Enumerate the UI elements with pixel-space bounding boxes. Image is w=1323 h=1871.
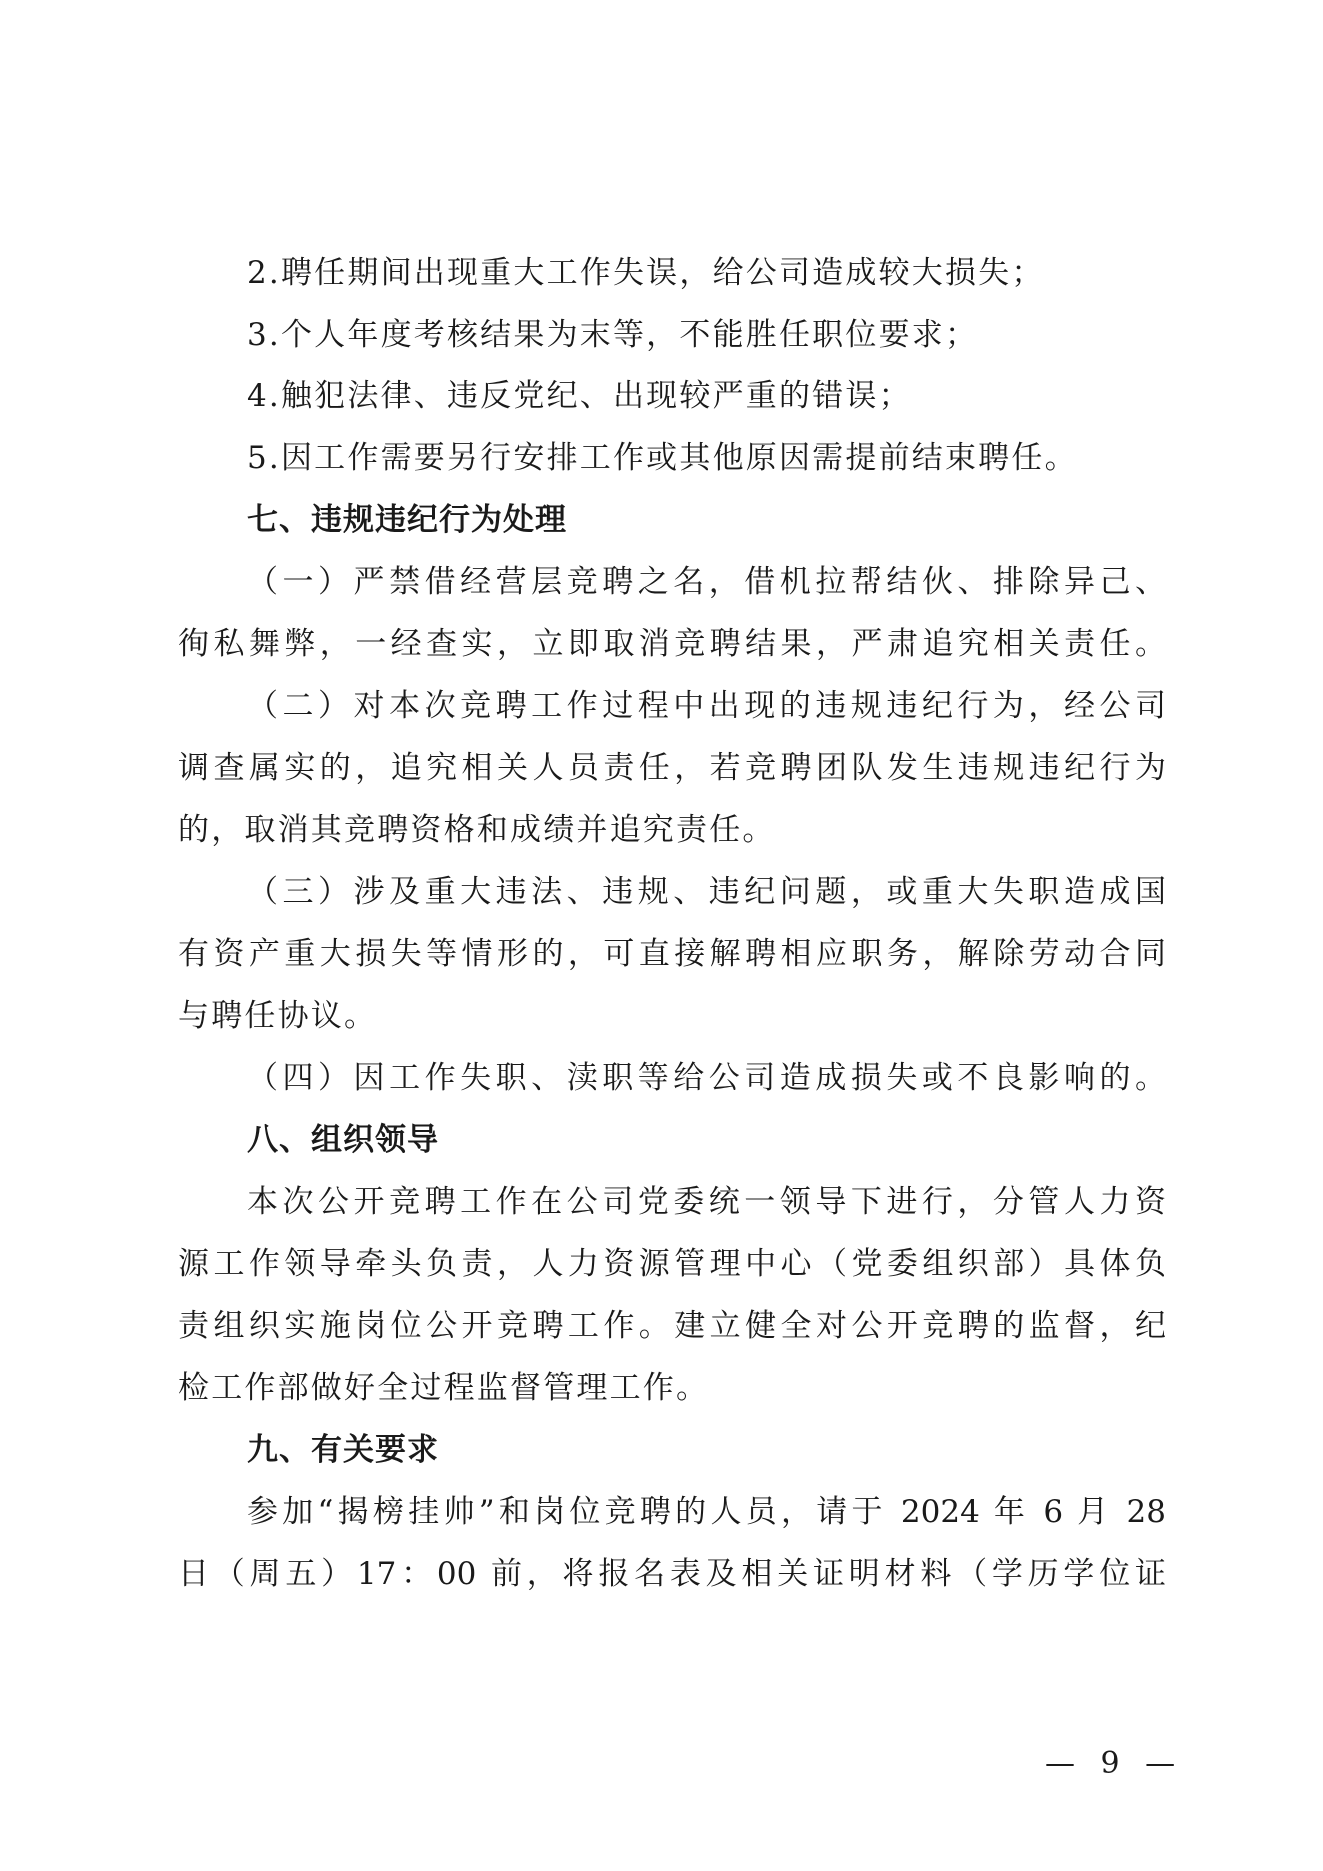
paragraph-line: （四）因工作失职、渎职等给公司造成损失或不良影响的。 bbox=[247, 1058, 1166, 1098]
section-heading: 八、组织领导 bbox=[247, 1120, 1166, 1160]
paragraph-line: 调查属实的，追究相关人员责任，若竞聘团队发生违规违纪行为 bbox=[178, 748, 1166, 788]
paragraph-line: 2.聘任期间出现重大工作失误，给公司造成较大损失； bbox=[247, 253, 1166, 293]
paragraph-line: （三）涉及重大违法、违规、违纪问题，或重大失职造成国 bbox=[247, 872, 1166, 912]
paragraph-line: 与聘任协议。 bbox=[178, 996, 1166, 1036]
page-number: — 9 — bbox=[1045, 1746, 1183, 1781]
section-heading: 九、有关要求 bbox=[247, 1430, 1166, 1470]
document-page: 2.聘任期间出现重大工作失误，给公司造成较大损失；3.个人年度考核结果为末等，不… bbox=[0, 0, 1323, 1871]
paragraph-line: （二）对本次竞聘工作过程中出现的违规违纪行为，经公司 bbox=[247, 686, 1166, 726]
paragraph-line: （一）严禁借经营层竞聘之名，借机拉帮结伙、排除异己、 bbox=[247, 562, 1166, 602]
paragraph-line: 3.个人年度考核结果为末等，不能胜任职位要求； bbox=[247, 315, 1166, 355]
paragraph-line: 的，取消其竞聘资格和成绩并追究责任。 bbox=[178, 810, 1166, 850]
paragraph-line: 有资产重大损失等情形的，可直接解聘相应职务，解除劳动合同 bbox=[178, 934, 1166, 974]
paragraph-line: 日（周五）17：00 前，将报名表及相关证明材料（学历学位证 bbox=[178, 1554, 1166, 1594]
paragraph-line: 责组织实施岗位公开竞聘工作。建立健全对公开竞聘的监督，纪 bbox=[178, 1306, 1166, 1346]
paragraph-line: 源工作领导牵头负责，人力资源管理中心（党委组织部）具体负 bbox=[178, 1244, 1166, 1284]
paragraph-line: 参加“揭榜挂帅”和岗位竞聘的人员，请于 2024 年 6 月 28 bbox=[247, 1492, 1166, 1532]
section-heading: 七、违规违纪行为处理 bbox=[247, 500, 1166, 540]
paragraph-line: 检工作部做好全过程监督管理工作。 bbox=[178, 1368, 1166, 1408]
paragraph-line: 徇私舞弊，一经查实，立即取消竞聘结果，严肃追究相关责任。 bbox=[178, 624, 1166, 664]
paragraph-line: 本次公开竞聘工作在公司党委统一领导下进行，分管人力资 bbox=[247, 1182, 1166, 1222]
paragraph-line: 5.因工作需要另行安排工作或其他原因需提前结束聘任。 bbox=[247, 438, 1166, 478]
paragraph-line: 4.触犯法律、违反党纪、出现较严重的错误； bbox=[247, 376, 1166, 416]
